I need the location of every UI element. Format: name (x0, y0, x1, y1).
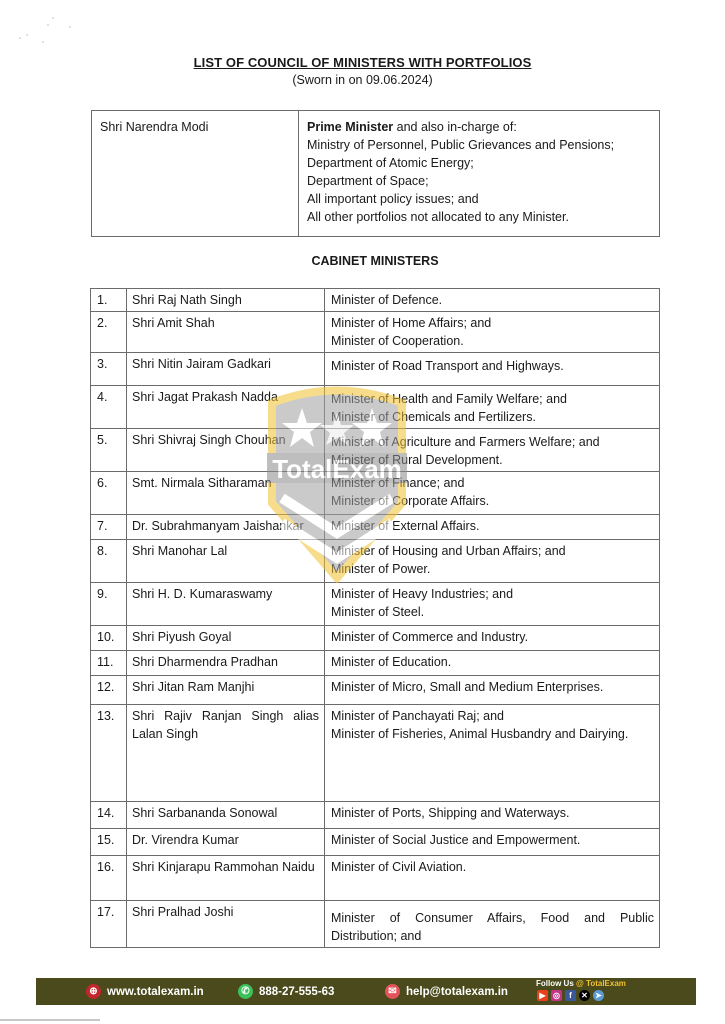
portfolio-line: Minister of Consumer Affairs, Food and P… (331, 909, 654, 945)
row-number: 10. (91, 626, 127, 651)
portfolio-line: Minister of Commerce and Industry. (331, 628, 654, 646)
whatsapp-icon: ✆ (238, 984, 253, 999)
minister-portfolio: Minister of Health and Family Welfare; a… (325, 386, 660, 429)
minister-portfolio: Minister of Commerce and Industry. (325, 626, 660, 651)
portfolio-line: Minister of External Affairs. (331, 517, 654, 535)
cabinet-row: 7.Dr. Subrahmanyam JaishankarMinister of… (91, 515, 660, 540)
minister-name: Shri Amit Shah (127, 312, 325, 353)
portfolio-line: Minister of Home Affairs; and (331, 314, 654, 332)
pm-portfolio: All other portfolios not allocated to an… (307, 208, 651, 226)
minister-portfolio: Minister of Panchayati Raj; andMinister … (325, 705, 660, 802)
minister-portfolio: Minister of Heavy Industries; andMiniste… (325, 583, 660, 626)
portfolio-line: Minister of Rural Development. (331, 451, 654, 469)
row-number: 17. (91, 901, 127, 948)
portfolio-line: Minister of Social Justice and Empowerme… (331, 831, 654, 849)
prime-minister-table: Shri Narendra Modi Prime Minister and al… (91, 110, 660, 237)
row-number: 7. (91, 515, 127, 540)
cabinet-row: 4.Shri Jagat Prakash NaddaMinister of He… (91, 386, 660, 429)
cabinet-row: 8.Shri Manohar LalMinister of Housing an… (91, 540, 660, 583)
row-number: 2. (91, 312, 127, 353)
pm-portfolio: Ministry of Personnel, Public Grievances… (307, 136, 651, 154)
minister-name: Shri Manohar Lal (127, 540, 325, 583)
portfolio-line: Minister of Housing and Urban Affairs; a… (331, 542, 654, 560)
portfolio-line: Minister of Heavy Industries; and (331, 585, 654, 603)
instagram-icon[interactable]: ◎ (551, 990, 562, 1001)
row-number: 6. (91, 472, 127, 515)
cabinet-row: 5.Shri Shivraj Singh ChouhanMinister of … (91, 429, 660, 472)
pm-portfolio: Department of Atomic Energy; (307, 154, 651, 172)
portfolio-line: Minister of Micro, Small and Medium Ente… (331, 678, 654, 696)
minister-portfolio: Minister of External Affairs. (325, 515, 660, 540)
pm-portfolio: Department of Space; (307, 172, 651, 190)
minister-portfolio: Minister of Finance; andMinister of Corp… (325, 472, 660, 515)
follow-us-label: Follow Us @ TotalExam (536, 979, 626, 988)
scan-artifact-dots (15, 15, 75, 45)
portfolio-line: Minister of Education. (331, 653, 654, 671)
row-number: 13. (91, 705, 127, 802)
row-number: 12. (91, 676, 127, 705)
minister-name: Smt. Nirmala Sitharaman (127, 472, 325, 515)
portfolio-line: Minister of Cooperation. (331, 332, 654, 350)
minister-name: Shri Sarbananda Sonowal (127, 802, 325, 829)
cabinet-row: 16.Shri Kinjarapu Rammohan NaiduMinister… (91, 856, 660, 901)
portfolio-line: Minister of Health and Family Welfare; a… (331, 390, 654, 408)
cabinet-row: 10.Shri Piyush GoyalMinister of Commerce… (91, 626, 660, 651)
pm-portfolio: All important policy issues; and (307, 190, 651, 208)
row-number: 5. (91, 429, 127, 472)
cabinet-row: 1.Shri Raj Nath SinghMinister of Defence… (91, 289, 660, 312)
row-number: 3. (91, 353, 127, 386)
pm-role-title: Prime Minister (307, 120, 393, 134)
minister-portfolio: Minister of Home Affairs; andMinister of… (325, 312, 660, 353)
minister-name: Dr. Subrahmanyam Jaishankar (127, 515, 325, 540)
facebook-icon[interactable]: f (565, 990, 576, 1001)
footer-phone-number[interactable]: 888-27-555-63 (259, 986, 334, 998)
pm-name: Shri Narendra Modi (92, 111, 299, 237)
cabinet-row: 6.Smt. Nirmala SitharamanMinister of Fin… (91, 472, 660, 515)
minister-portfolio: Minister of Road Transport and Highways. (325, 353, 660, 386)
portfolio-line: Minister of Road Transport and Highways. (331, 357, 654, 375)
minister-name: Shri Rajiv Ranjan Singh alias Lalan Sing… (127, 705, 325, 802)
cabinet-row: 2.Shri Amit ShahMinister of Home Affairs… (91, 312, 660, 353)
cabinet-ministers-table: 1.Shri Raj Nath SinghMinister of Defence… (90, 288, 660, 948)
section-title-cabinet: CABINET MINISTERS (0, 254, 725, 268)
portfolio-line: Minister of Steel. (331, 603, 654, 621)
row-number: 14. (91, 802, 127, 829)
minister-portfolio: Minister of Defence. (325, 289, 660, 312)
globe-icon: ⊕ (86, 984, 101, 999)
portfolio-line: Minister of Corporate Affairs. (331, 492, 654, 510)
row-number: 4. (91, 386, 127, 429)
cabinet-row: 14.Shri Sarbananda SonowalMinister of Po… (91, 802, 660, 829)
cabinet-row: 11.Shri Dharmendra PradhanMinister of Ed… (91, 651, 660, 676)
minister-name: Shri Shivraj Singh Chouhan (127, 429, 325, 472)
document-subtitle: (Sworn in on 09.06.2024) (0, 73, 725, 87)
portfolio-line: Minister of Chemicals and Fertilizers. (331, 408, 654, 426)
footer-email[interactable]: ✉ help@totalexam.in (385, 984, 508, 999)
youtube-icon[interactable]: ▶ (537, 990, 548, 1001)
minister-name: Shri H. D. Kumaraswamy (127, 583, 325, 626)
portfolio-line: Minister of Power. (331, 560, 654, 578)
minister-portfolio: Minister of Housing and Urban Affairs; a… (325, 540, 660, 583)
row-number: 1. (91, 289, 127, 312)
cabinet-row: 17.Shri Pralhad JoshiMinister of Consume… (91, 901, 660, 948)
follow-label: Follow Us (536, 979, 576, 988)
cabinet-row: 15.Dr. Virendra KumarMinister of Social … (91, 829, 660, 856)
minister-name: Shri Jitan Ram Manjhi (127, 676, 325, 705)
cabinet-row: 12.Shri Jitan Ram ManjhiMinister of Micr… (91, 676, 660, 705)
minister-portfolio: Minister of Education. (325, 651, 660, 676)
row-number: 8. (91, 540, 127, 583)
footer-bar: ⊕ www.totalexam.in ✆ 888-27-555-63 ✉ hel… (36, 978, 696, 1005)
follow-brand: @ TotalExam (576, 979, 626, 988)
row-number: 15. (91, 829, 127, 856)
minister-name: Shri Pralhad Joshi (127, 901, 325, 948)
scan-edge-line (0, 1019, 100, 1021)
row-number: 9. (91, 583, 127, 626)
cabinet-row: 9.Shri H. D. KumaraswamyMinister of Heav… (91, 583, 660, 626)
pm-row: Shri Narendra Modi Prime Minister and al… (92, 111, 660, 237)
x-icon[interactable]: ✕ (579, 990, 590, 1001)
cabinet-row: 13.Shri Rajiv Ranjan Singh alias Lalan S… (91, 705, 660, 802)
footer-phone[interactable]: ✆ 888-27-555-63 (238, 984, 334, 999)
minister-name: Dr. Virendra Kumar (127, 829, 325, 856)
portfolio-line: Minister of Civil Aviation. (331, 858, 654, 876)
minister-name: Shri Nitin Jairam Gadkari (127, 353, 325, 386)
cabinet-row: 3.Shri Nitin Jairam GadkariMinister of R… (91, 353, 660, 386)
minister-name: Shri Piyush Goyal (127, 626, 325, 651)
minister-name: Shri Raj Nath Singh (127, 289, 325, 312)
minister-portfolio: Minister of Consumer Affairs, Food and P… (325, 901, 660, 948)
portfolio-line: Minister of Defence. (331, 291, 654, 309)
pm-role-rest: and also in-charge of: (393, 120, 517, 134)
minister-portfolio: Minister of Social Justice and Empowerme… (325, 829, 660, 856)
minister-portfolio: Minister of Civil Aviation. (325, 856, 660, 901)
portfolio-line: Minister of Agriculture and Farmers Welf… (331, 433, 654, 451)
minister-name: Shri Kinjarapu Rammohan Naidu (127, 856, 325, 901)
mail-icon: ✉ (385, 984, 400, 999)
pm-portfolio-cell: Prime Minister and also in-charge of: Mi… (299, 111, 660, 237)
portfolio-line: Minister of Panchayati Raj; and (331, 707, 654, 725)
footer-website-link[interactable]: www.totalexam.in (107, 986, 204, 998)
minister-portfolio: Minister of Agriculture and Farmers Welf… (325, 429, 660, 472)
footer-email-address[interactable]: help@totalexam.in (406, 986, 508, 998)
row-number: 11. (91, 651, 127, 676)
telegram-icon[interactable]: ➤ (593, 990, 604, 1001)
portfolio-line: Minister of Fisheries, Animal Husbandry … (331, 725, 654, 743)
portfolio-line: Minister of Ports, Shipping and Waterway… (331, 804, 654, 822)
minister-name: Shri Jagat Prakash Nadda (127, 386, 325, 429)
minister-portfolio: Minister of Ports, Shipping and Waterway… (325, 802, 660, 829)
footer-website[interactable]: ⊕ www.totalexam.in (86, 984, 204, 999)
minister-portfolio: Minister of Micro, Small and Medium Ente… (325, 676, 660, 705)
social-icons: ▶ ◎ f ✕ ➤ (537, 990, 604, 1001)
pm-role: Prime Minister and also in-charge of: (307, 118, 651, 136)
minister-name: Shri Dharmendra Pradhan (127, 651, 325, 676)
portfolio-line: Minister of Finance; and (331, 474, 654, 492)
row-number: 16. (91, 856, 127, 901)
document-title: LIST OF COUNCIL OF MINISTERS WITH PORTFO… (0, 55, 725, 70)
